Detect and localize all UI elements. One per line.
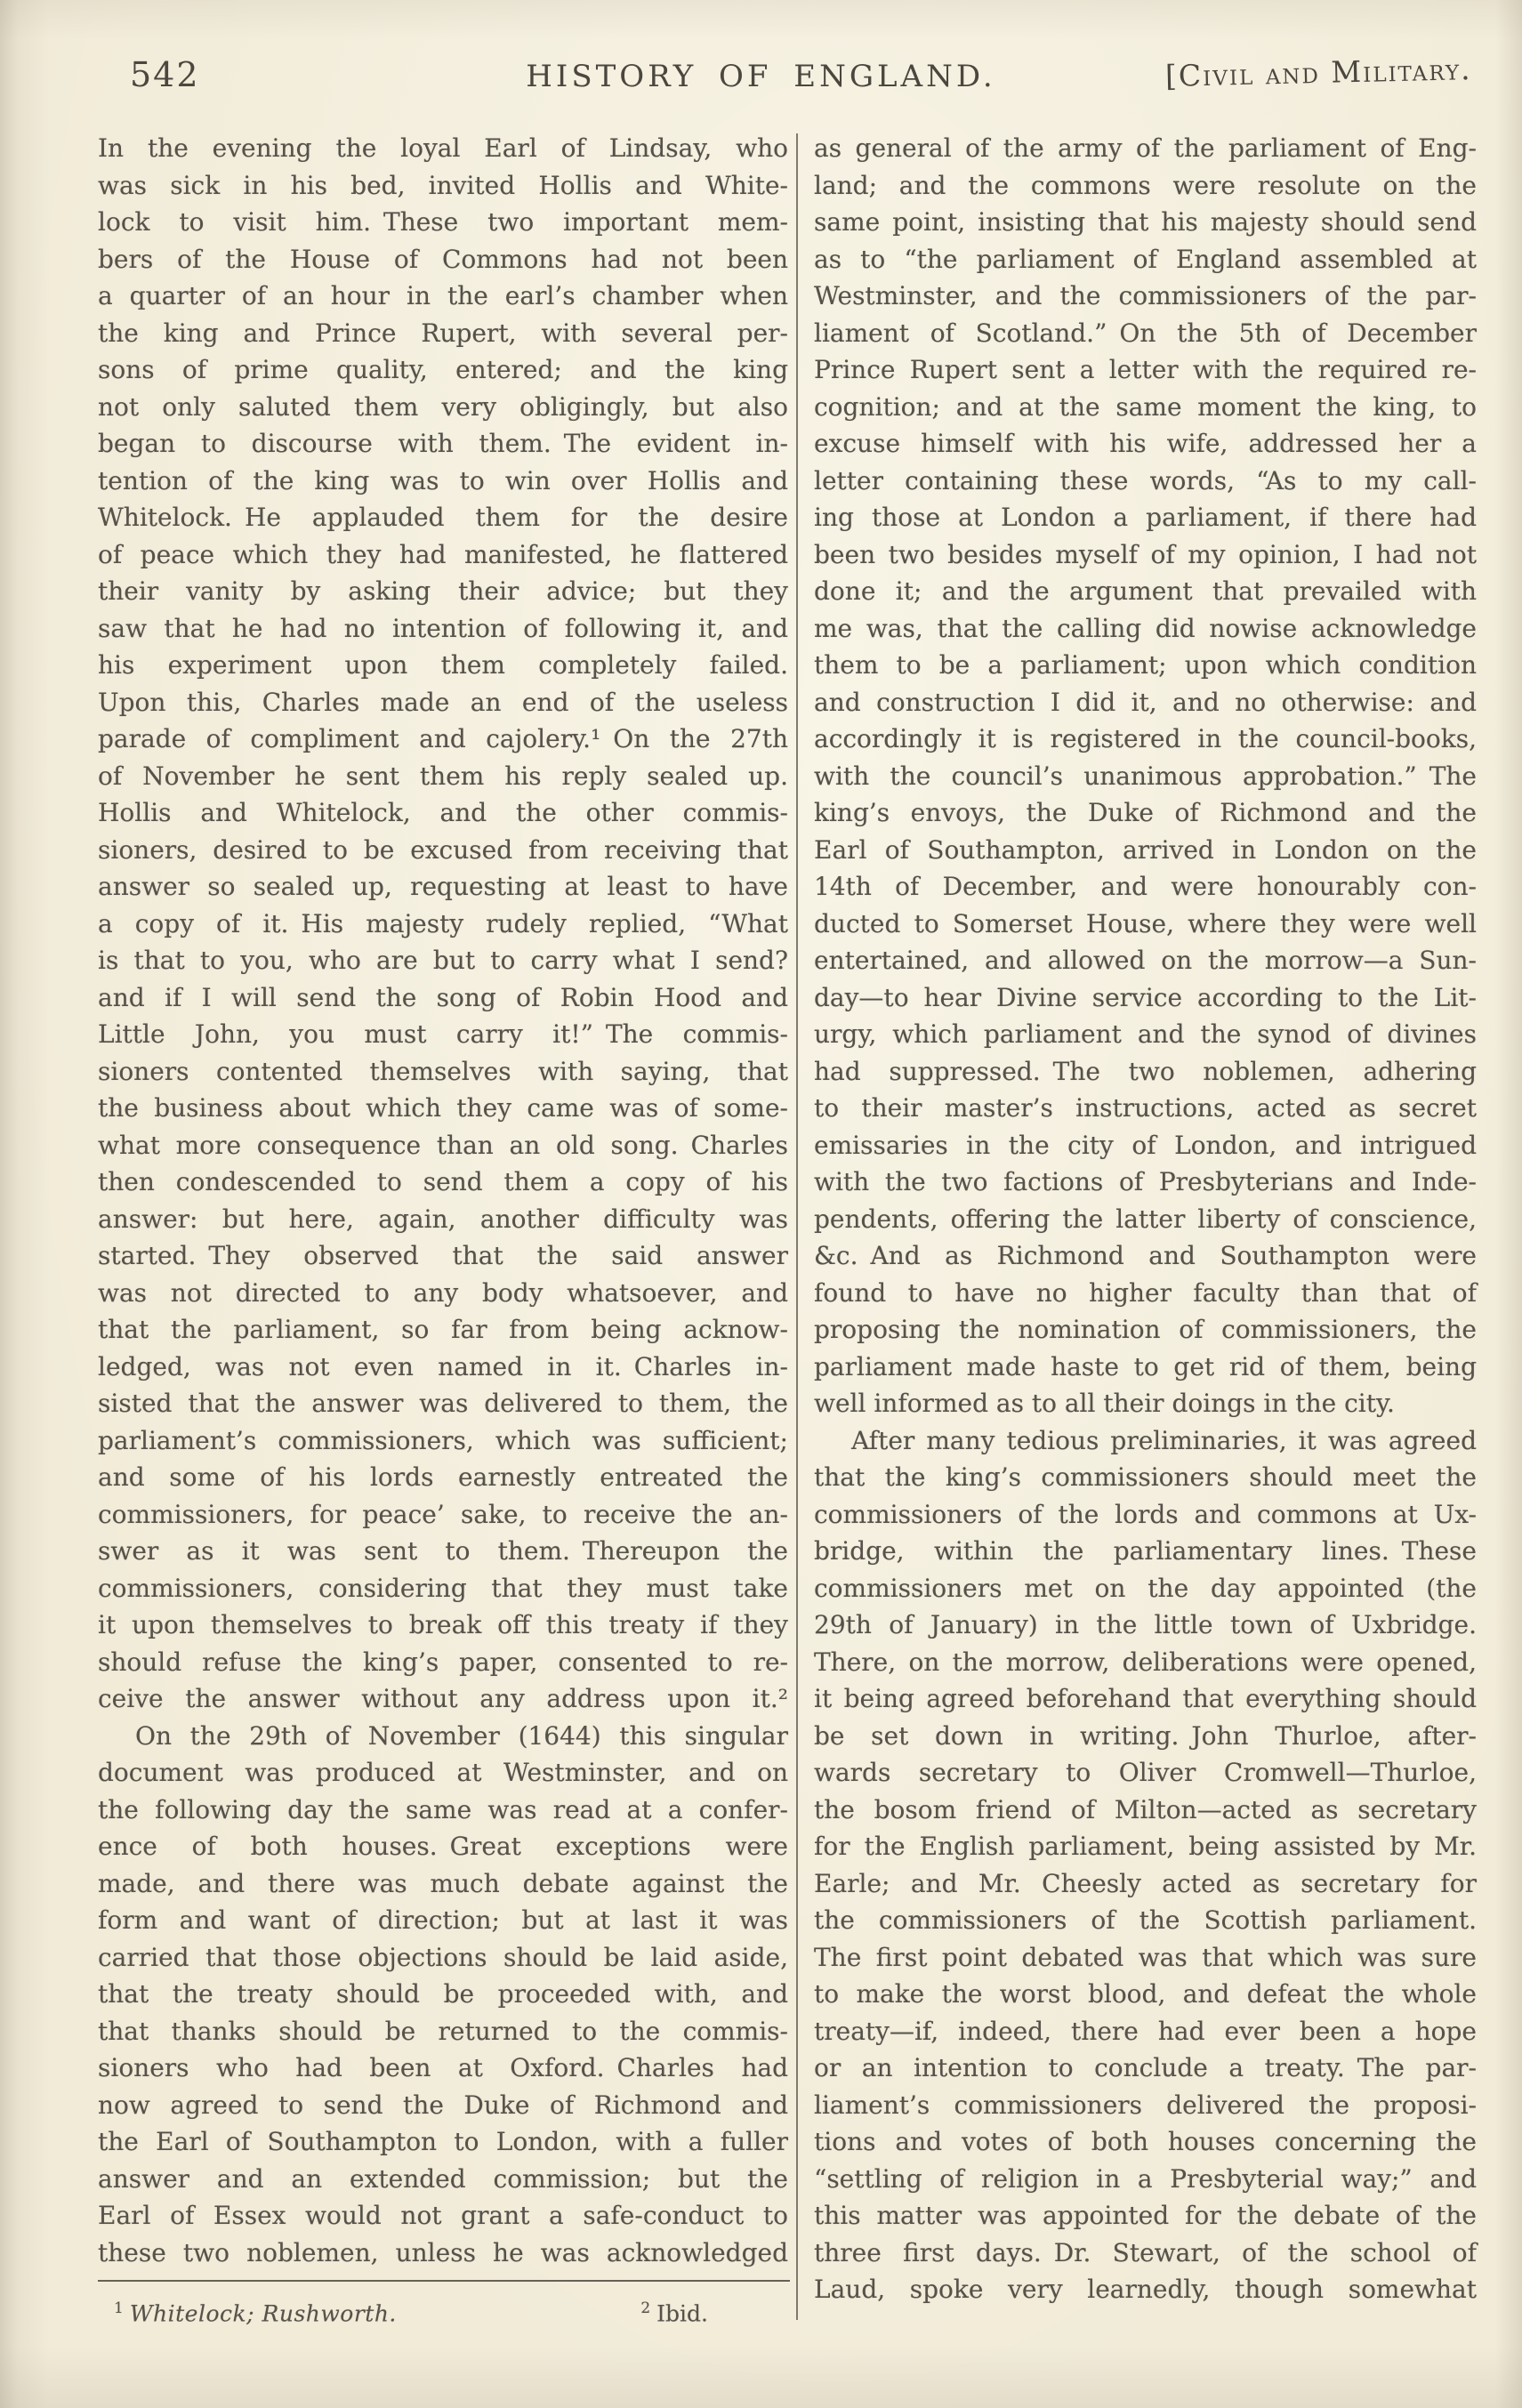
text-line: the commissioners of the Scottish parlia…: [814, 1902, 1477, 1939]
text-line: of November he sent them his reply seale…: [98, 758, 788, 795]
text-line: was sick in his bed, invited Hollis and …: [98, 167, 788, 205]
text-line: sioners who had been at Oxford. Charles …: [98, 2050, 788, 2087]
text-line: wards secretary to Oliver Cromwell—Thurl…: [814, 1754, 1477, 1792]
text-line: as general of the army of the parliament…: [814, 130, 1477, 167]
text-line: the king and Prince Rupert, with several…: [98, 315, 788, 352]
text-line: Prince Rupert sent a letter with the req…: [814, 351, 1477, 389]
text-line: excuse himself with his wife, addressed …: [814, 425, 1477, 463]
section-label: [Civil and Military.: [1165, 52, 1472, 93]
text-line: carried that those objections should be …: [98, 1939, 788, 1977]
text-line: liament of Scotland.” On the 5th of Dece…: [814, 315, 1477, 352]
text-line: that thanks should be returned to the co…: [98, 2013, 788, 2050]
text-line: parliament made haste to get rid of them…: [814, 1349, 1477, 1386]
left-column: In the evening the loyal Earl of Lindsay…: [98, 130, 788, 2271]
text-line: saw that he had no intention of followin…: [98, 610, 788, 648]
text-line: been two besides myself of my opinion, I…: [814, 536, 1477, 574]
text-line: ing those at London a parliament, if the…: [814, 499, 1477, 536]
text-line: &c. And as Richmond and Southampton were: [814, 1237, 1477, 1275]
text-line: ence of both houses. Great exceptions we…: [98, 1828, 788, 1865]
text-line: entertained, and allowed on the morrow—a…: [814, 942, 1477, 979]
text-line: commissioners, considering that they mus…: [98, 1570, 788, 1607]
text-line: to their master’s instructions, acted as…: [814, 1090, 1477, 1127]
text-line: the business about which they came was o…: [98, 1090, 788, 1127]
text-line: Earle; and Mr. Cheesly acted as secretar…: [814, 1865, 1477, 1903]
text-line: that the treaty should be proceeded with…: [98, 1976, 788, 2013]
text-line: sisted that the answer was delivered to …: [98, 1385, 788, 1422]
text-line: form and want of direction; but at last …: [98, 1902, 788, 1939]
footnote-1-marker: 1: [114, 2299, 124, 2317]
text-line: tions and votes of both houses concernin…: [814, 2123, 1477, 2161]
text-line: started. They observed that the said ans…: [98, 1237, 788, 1275]
text-line: it being agreed beforehand that everythi…: [814, 1680, 1477, 1718]
text-line: of peace which they had manifested, he f…: [98, 536, 788, 574]
footnote-1: 1Whitelock; Rushworth.: [114, 2293, 397, 2329]
text-line: “settling of religion in a Presbyterial …: [814, 2161, 1477, 2198]
text-line: three first days. Dr. Stewart, of the sc…: [814, 2235, 1477, 2272]
text-line: is that to you, who are but to carry wha…: [98, 942, 788, 979]
text-line: the following day the same was read at a…: [98, 1792, 788, 1829]
text-line: tention of the king was to win over Holl…: [98, 463, 788, 500]
footnotes: 1Whitelock; Rushworth. 2Ibid.: [114, 2293, 790, 2329]
text-line: Hollis and Whitelock, and the other comm…: [98, 794, 788, 832]
text-line: bridge, within the parliamentary lines. …: [814, 1533, 1477, 1570]
text-line: Westminster, and the commissioners of th…: [814, 278, 1477, 315]
text-line: found to have no higher faculty than tha…: [814, 1275, 1477, 1312]
text-line: be set down in writing. John Thurloe, af…: [814, 1718, 1477, 1755]
text-line: letter containing these words, “As to my…: [814, 463, 1477, 500]
text-line: had suppressed. The two noblemen, adheri…: [814, 1053, 1477, 1091]
text-line: with the council’s unanimous approbation…: [814, 758, 1477, 795]
text-line: commissioners, for peace’ sake, to recei…: [98, 1496, 788, 1534]
text-line: answer: but here, again, another difficu…: [98, 1201, 788, 1238]
text-line: swer as it was sent to them. Thereupon t…: [98, 1533, 788, 1570]
text-line: treaty—if, indeed, there had ever been a…: [814, 2013, 1477, 2050]
text-line: pendents, offering the latter liberty of…: [814, 1201, 1477, 1238]
text-line: There, on the morrow, deliberations were…: [814, 1644, 1477, 1681]
text-line: 14th of December, and were honourably co…: [814, 868, 1477, 906]
text-line: the Earl of Southampton to London, with …: [98, 2123, 788, 2161]
text-line: urgy, which parliament and the synod of …: [814, 1016, 1477, 1053]
text-line: and some of his lords earnestly entreate…: [98, 1459, 788, 1496]
footnote-1-text: Whitelock; Rushworth.: [130, 2300, 397, 2326]
text-line: sioners contented themselves with saying…: [98, 1053, 788, 1091]
footnote-2: 2Ibid.: [640, 2293, 708, 2329]
text-line: liament’s commissioners delivered the pr…: [814, 2087, 1477, 2124]
text-line: On the 29th of November (1644) this sing…: [98, 1718, 788, 1755]
text-line: me was, that the calling did nowise ackn…: [814, 610, 1477, 648]
text-line: this matter was appointed for the debate…: [814, 2197, 1477, 2235]
column-divider-rule: [796, 133, 798, 2320]
text-line: land; and the commons were resolute on t…: [814, 167, 1477, 205]
text-line: ledged, was not even named in it. Charle…: [98, 1349, 788, 1386]
text-line: their vanity by asking their advice; but…: [98, 573, 788, 610]
text-line: now agreed to send the Duke of Richmond …: [98, 2087, 788, 2124]
text-line: then condescended to send them a copy of…: [98, 1164, 788, 1201]
text-line: cognition; and at the same moment the ki…: [814, 389, 1477, 426]
text-line: not only saluted them very obligingly, b…: [98, 389, 788, 426]
text-line: commissioners of the lords and commons a…: [814, 1496, 1477, 1534]
text-line: bers of the House of Commons had not bee…: [98, 241, 788, 278]
text-line: answer so sealed up, requesting at least…: [98, 868, 788, 906]
text-line: for the English parliament, being assist…: [814, 1828, 1477, 1865]
text-line: Whitelock. He applauded them for the des…: [98, 499, 788, 536]
text-line: what more consequence than an old song. …: [98, 1127, 788, 1164]
text-line: Laud, spoke very learnedly, though somew…: [814, 2271, 1477, 2308]
text-line: made, and there was much debate against …: [98, 1865, 788, 1903]
text-line: well informed as to all their doings in …: [814, 1385, 1477, 1422]
text-line: sons of prime quality, entered; and the …: [98, 351, 788, 389]
footnote-2-text: Ibid.: [656, 2300, 708, 2326]
text-line: should refuse the king’s paper, consente…: [98, 1644, 788, 1681]
book-page: 542 HISTORY OF ENGLAND. [Civil and Milit…: [0, 0, 1522, 2408]
text-line: done it; and the argument that prevailed…: [814, 573, 1477, 610]
text-line: parliament’s commissioners, which was su…: [98, 1422, 788, 1460]
text-line: was not directed to any body whatsoever,…: [98, 1275, 788, 1312]
text-line: day—to hear Divine service according to …: [814, 979, 1477, 1017]
text-line: proposing the nomination of commissioner…: [814, 1311, 1477, 1349]
text-line: document was produced at Westminster, an…: [98, 1754, 788, 1792]
text-line: with the two factions of Presbyterians a…: [814, 1164, 1477, 1201]
text-line: Earl of Essex would not grant a safe-con…: [98, 2197, 788, 2235]
text-line: a copy of it. His majesty rudely replied…: [98, 906, 788, 943]
text-line: answer and an extended commission; but t…: [98, 2161, 788, 2198]
text-line: ducted to Somerset House, where they wer…: [814, 906, 1477, 943]
footnote-divider-rule: [98, 2280, 790, 2282]
text-line: Little John, you must carry it!” The com…: [98, 1016, 788, 1053]
text-line: commissioners met on the day appointed (…: [814, 1570, 1477, 1607]
text-line: them to be a parliament; upon which cond…: [814, 647, 1477, 684]
footnote-2-marker: 2: [640, 2299, 650, 2317]
text-line: lock to visit him. These two important m…: [98, 204, 788, 241]
text-line: as to “the parliament of England assembl…: [814, 241, 1477, 278]
text-line: After many tedious preliminaries, it was…: [814, 1422, 1477, 1460]
text-line: In the evening the loyal Earl of Lindsay…: [98, 130, 788, 167]
text-line: ceive the answer without any address upo…: [98, 1680, 788, 1718]
right-column: as general of the army of the parliament…: [814, 130, 1477, 2308]
text-line: it upon themselves to break off this tre…: [98, 1607, 788, 1644]
text-line: or an intention to conclude a treaty. Th…: [814, 2050, 1477, 2087]
text-line: accordingly it is registered in the coun…: [814, 721, 1477, 758]
text-line: Earl of Southampton, arrived in London o…: [814, 832, 1477, 869]
text-line: to make the worst blood, and defeat the …: [814, 1976, 1477, 2013]
text-line: Upon this, Charles made an end of the us…: [98, 684, 788, 721]
text-line: same point, insisting that his majesty s…: [814, 204, 1477, 241]
text-line: sioners, desired to be excused from rece…: [98, 832, 788, 869]
text-line: The first point debated was that which w…: [814, 1939, 1477, 1977]
text-line: the bosom friend of Milton—acted as secr…: [814, 1792, 1477, 1829]
text-line: these two noblemen, unless he was acknow…: [98, 2235, 788, 2272]
text-line: 29th of January) in the little town of U…: [814, 1607, 1477, 1644]
text-line: and construction I did it, and no otherw…: [814, 684, 1477, 721]
text-line: that the king’s commissioners should mee…: [814, 1459, 1477, 1496]
text-line: began to discourse with them. The eviden…: [98, 425, 788, 463]
text-line: king’s envoys, the Duke of Richmond and …: [814, 794, 1477, 832]
text-line: and if I will send the song of Robin Hoo…: [98, 979, 788, 1017]
text-line: parade of compliment and cajolery.¹ On t…: [98, 721, 788, 758]
text-line: emissaries in the city of London, and in…: [814, 1127, 1477, 1164]
text-line: that the parliament, so far from being a…: [98, 1311, 788, 1349]
text-line: his experiment upon them completely fail…: [98, 647, 788, 684]
text-line: a quarter of an hour in the earl’s chamb…: [98, 278, 788, 315]
